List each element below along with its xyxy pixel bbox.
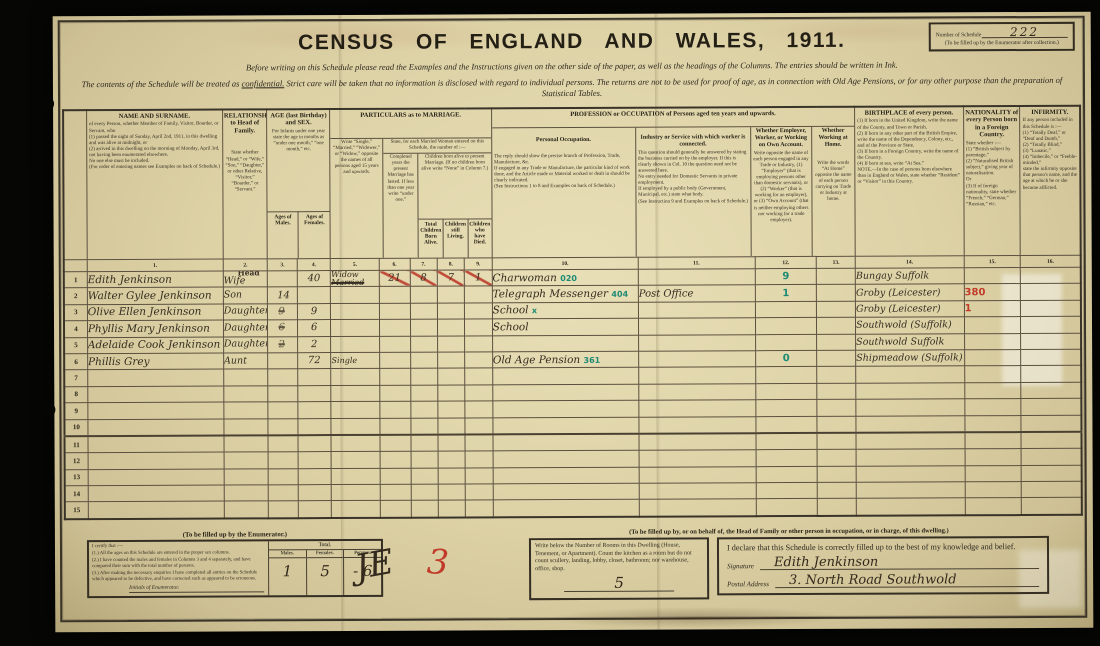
cell-nationality-mark (964, 382, 1021, 399)
row-number: 11 (64, 436, 87, 453)
cell-age-male: 2 (268, 336, 297, 353)
row-number: 6 (64, 354, 87, 370)
cell-industry (638, 334, 755, 351)
header-profession: PROFESSION or OCCUPATION of Persons aged… (491, 107, 855, 258)
cell-employer-mark (756, 483, 818, 500)
cell-nationality-mark (964, 317, 1021, 334)
header-employer-desc: Write opposite the name of each person e… (751, 150, 811, 225)
row-number: 2 (64, 288, 87, 304)
census-table-body: 1 Edith Jenkinson HeadWife 40 WidowMarri… (64, 267, 1082, 519)
cell-children-born (410, 385, 437, 402)
cell-occupation: School x (492, 302, 638, 319)
cell-age-female (298, 369, 332, 386)
cell-nationality-mark (965, 498, 1022, 515)
cell-children-born (411, 451, 438, 468)
cell-relationship: Aunt (223, 353, 268, 370)
cell-relationship (224, 402, 269, 419)
cell-at-home (817, 416, 856, 433)
cell-age-male (268, 402, 297, 419)
cell-age-female (298, 385, 332, 402)
relationship-value: Aunt (224, 355, 247, 366)
cell-relationship (224, 501, 269, 518)
cell-birthplace: Bungay Suffolk (855, 268, 964, 285)
header-children-born: Total Children Born Alive. (419, 219, 444, 258)
cell-marriage (331, 385, 380, 402)
cell-children-living (438, 385, 465, 402)
cell-children-died (466, 484, 493, 501)
cell-at-home (817, 285, 856, 302)
cell-age-female: 6 (297, 320, 331, 337)
census-table-wrap: NAME AND SURNAME. of every Person, wheth… (62, 105, 1083, 520)
cell-children-died (465, 352, 492, 369)
cell-at-home (817, 383, 856, 400)
cell-occupation: Telegraph Messenger 404 (492, 286, 638, 303)
cell-employer-mark: 1 (755, 285, 817, 302)
colnum: 5. (331, 258, 380, 270)
cell-nationality-mark (964, 349, 1021, 366)
certify-intro: I certify that :— (92, 543, 265, 550)
census-table: NAME AND SURNAME. of every Person, wheth… (62, 105, 1083, 520)
cell-nationality-mark (964, 366, 1021, 383)
header-children-living: Children still Living. (444, 218, 469, 257)
cell-infirmity (1022, 449, 1082, 466)
cell-age-male (269, 452, 298, 469)
colnum: 11. (638, 257, 755, 270)
cell-relationship (224, 435, 269, 452)
cell-children-living (437, 286, 464, 303)
cell-name (88, 369, 224, 386)
header-children-died: Children who have Died. (468, 218, 491, 257)
cell-employer-mark (756, 466, 818, 483)
cell-children-born (411, 484, 438, 501)
instruction2-confidential: confidential. (242, 78, 285, 88)
cell-nationality-mark (965, 415, 1022, 432)
cell-industry: Post Office (638, 285, 755, 302)
cell-employer-mark (755, 383, 817, 400)
cell-employer-mark (755, 301, 817, 318)
cell-employer-mark (756, 499, 818, 516)
cell-age-male: 6 (268, 320, 297, 337)
cell-marriage: WidowMarried (331, 270, 380, 287)
row-number: 1 (64, 272, 87, 288)
cell-name (88, 435, 224, 452)
cell-age-male (269, 501, 298, 518)
cell-employer-mark (755, 367, 817, 384)
cell-age-male: 14 (268, 287, 297, 304)
cell-children-born: 8 (410, 270, 437, 287)
header-marriage-years: Completed years the present Marriage has… (384, 154, 419, 258)
cell-age-male (268, 385, 297, 402)
cell-children-living (438, 434, 465, 451)
cell-children-died (465, 303, 492, 320)
cell-industry (639, 433, 756, 450)
cell-nationality-mark (964, 268, 1021, 285)
cell-years-married (380, 435, 411, 452)
cell-industry (638, 301, 755, 318)
header-age-females: Ages of Females. (299, 211, 330, 258)
cell-children-died (465, 368, 492, 385)
cell-children-died (465, 417, 492, 434)
cell-children-died (465, 385, 492, 402)
header-rownum (63, 110, 87, 260)
row-number: 15 (65, 502, 88, 519)
cell-relationship: Daughter (223, 320, 268, 337)
header-relationship-desc: State whether “Head,” or “Wife,” “Son,” … (223, 150, 267, 195)
header-name-title: NAME AND SURNAME. (87, 111, 222, 122)
cell-employer-mark: 9 (755, 268, 817, 285)
cell-employer-mark (756, 450, 818, 467)
header-marriage-title: PARTICULARS as to MARRIAGE. (330, 109, 490, 120)
cell-name (88, 419, 224, 436)
header-marriage: PARTICULARS as to MARRIAGE. Write “Singl… (330, 108, 492, 258)
cell-age-female (298, 418, 332, 435)
cell-age-male (268, 353, 297, 370)
colnum: 8. (437, 258, 464, 270)
header-occupation-desc: The reply should show the precise branch… (492, 153, 635, 192)
cell-years-married: 21 (379, 270, 410, 287)
instruction2-post: Strict care will be taken that no inform… (284, 75, 1062, 98)
cell-infirmity (1021, 415, 1081, 432)
header-name: NAME AND SURNAME. of every Person, wheth… (86, 110, 223, 260)
cell-children-died: 1 (465, 270, 492, 287)
cell-children-born (410, 352, 437, 369)
cell-children-born (411, 434, 438, 451)
page-title: CENSUS OF ENGLAND AND WALES, 1911. (53, 28, 1091, 57)
cell-age-female: 9 (297, 303, 331, 320)
cell-children-living (438, 484, 465, 501)
cell-at-home (818, 450, 857, 467)
cell-relationship (224, 469, 269, 486)
cell-occupation (493, 451, 639, 468)
enumerator-initials-handwriting: JE (351, 542, 396, 588)
cell-relationship (224, 452, 269, 469)
cell-at-home (817, 317, 856, 334)
total-females-value: 5 (307, 558, 345, 595)
cell-employer-mark: 0 (755, 350, 817, 367)
cell-age-female (298, 435, 332, 452)
occupation-code: 404 (611, 290, 628, 299)
cell-name (88, 501, 224, 518)
header-athome-desc: Write the words “At Home” opposite the n… (812, 159, 855, 204)
header-athome-title: Whether Working at Home. (812, 127, 854, 150)
colnum-blank (64, 260, 87, 272)
cell-children-born (410, 418, 437, 435)
cell-name: Adelaide Cook Jenkinson (87, 337, 223, 354)
cell-occupation (493, 467, 639, 484)
cell-occupation: Old Age Pension 361 (492, 351, 638, 368)
relationship-value: Daughter (224, 339, 268, 350)
cell-age-female (297, 287, 331, 304)
cell-marriage (331, 401, 380, 418)
cell-employer-mark (755, 318, 817, 335)
cell-infirmity (1021, 366, 1081, 383)
header-birthplace-desc: (1) If born in the United Kingdom, write… (855, 118, 963, 187)
head-of-family-section: (To be filled up by, or on behalf of, th… (529, 527, 1049, 600)
row-number: 13 (65, 469, 88, 485)
header-employer-title: Whether Employer, Worker, or Working on … (751, 127, 811, 150)
relationship-value: Son (224, 290, 242, 301)
cell-relationship (224, 386, 269, 403)
cell-occupation: Charwoman 020 (492, 269, 638, 286)
cell-occupation (492, 335, 638, 352)
header-nationality-desc: State whether :— (1) “British subject by… (964, 140, 1020, 209)
cell-industry (639, 450, 756, 467)
colnum: 12. (755, 256, 817, 268)
census-schedule-scan: Number of Schedule 222 (To be filled up … (53, 12, 1094, 633)
cell-nationality-mark (964, 333, 1021, 350)
certify-item-2: (2.) I have counted the males and female… (92, 557, 265, 570)
relationship-value: Wife (224, 276, 246, 287)
cell-years-married (380, 336, 411, 353)
certify-item-1: (1.) All the ages on this Schedule are e… (92, 550, 265, 557)
header-infirmity-desc: If any person included in this Schedule … (1021, 117, 1080, 192)
cell-marriage (332, 484, 381, 501)
marriage-value: Single (332, 356, 380, 364)
cell-industry (638, 318, 755, 335)
occupation-value: Telegraph Messenger (493, 288, 609, 301)
cell-birthplace (856, 498, 965, 515)
header-nationality: NATIONALITY of every Person born in a Fo… (963, 106, 1020, 256)
cell-nationality-mark: 380 (964, 284, 1021, 301)
cell-birthplace: Groby (Leicester) (855, 301, 964, 318)
cell-relationship: Daughter (223, 336, 268, 353)
cell-infirmity (1021, 432, 1081, 449)
cell-name: Walter Gylee Jenkinson (87, 287, 223, 304)
cell-marriage (332, 468, 381, 485)
header-profession-title: PROFESSION or OCCUPATION of Persons aged… (492, 108, 854, 120)
cell-name: Phyllis Mary Jenkinson (87, 320, 223, 337)
cell-age-female (298, 501, 332, 518)
cell-marriage (331, 287, 380, 304)
cell-age-female (298, 452, 332, 469)
row-number: 7 (64, 370, 87, 386)
instruction-line-1: Before writing on this Schedule please r… (93, 59, 1051, 73)
header-industry-title: Industry or Service with which worker is… (636, 133, 750, 149)
cell-nationality-mark (965, 449, 1022, 466)
punch-hole-top (39, 96, 54, 111)
cell-marriage (331, 320, 380, 337)
colnum: 9. (465, 258, 492, 270)
cell-age-male (268, 369, 297, 386)
cell-name (88, 452, 224, 469)
cell-birthplace (856, 432, 965, 449)
cell-industry (639, 499, 756, 516)
occupation-value: Old Age Pension (493, 354, 580, 366)
age-male-struck: 2 (279, 339, 285, 350)
cell-marriage (331, 336, 380, 353)
cell-birthplace: Shipmeadow (Suffolk) (856, 350, 965, 367)
cell-at-home (817, 433, 856, 450)
cell-nationality-mark (965, 465, 1022, 482)
cell-children-died (465, 468, 492, 485)
cell-age-female (298, 485, 332, 502)
cell-at-home (818, 482, 857, 499)
cell-occupation (493, 500, 639, 518)
cell-at-home (817, 350, 856, 367)
instruction-line-2: The contents of the Schedule will be tre… (67, 75, 1077, 102)
cell-name (88, 402, 224, 419)
cell-children-born (410, 368, 437, 385)
punch-hole-bottom (40, 402, 55, 417)
row-number: 10 (64, 419, 87, 436)
cell-age-female: 72 (298, 353, 332, 370)
cell-marriage (331, 418, 380, 435)
relationship-value: Daughter (224, 322, 268, 333)
declaration-box: I declare that this Schedule is correctl… (717, 536, 1049, 595)
cell-infirmity (1021, 333, 1081, 350)
cell-birthplace: Southwold (Suffolk) (856, 317, 965, 334)
cell-infirmity (1021, 382, 1081, 399)
cell-children-born (410, 286, 437, 303)
cell-age-male (268, 271, 297, 288)
cell-infirmity (1022, 465, 1082, 482)
signature-value: Edith Jenkinson (760, 555, 1039, 570)
total-males-value: 1 (269, 558, 307, 595)
cell-birthplace (856, 383, 965, 400)
cell-name (88, 386, 224, 403)
cell-children-living (437, 336, 464, 353)
rooms-value: 5 (564, 576, 674, 592)
cell-occupation (493, 417, 639, 435)
shadow-stain (555, 607, 835, 628)
initials-label: Initials of Enumerator. (129, 584, 264, 592)
cell-marriage (332, 501, 381, 518)
certify-item-3: (3.) After making the necessary enquirie… (92, 570, 265, 583)
cell-years-married (380, 484, 411, 501)
cell-children-born (410, 336, 437, 353)
cell-age-male: 9 (268, 303, 297, 320)
enumerator-certification: I certify that :— (1.) All the ages on t… (89, 541, 268, 596)
cell-children-living: 7 (437, 270, 464, 287)
cell-infirmity (1021, 267, 1081, 284)
cell-years-married (380, 418, 411, 435)
occupation-value: School (493, 321, 529, 333)
cell-birthplace (856, 465, 965, 482)
cell-birthplace: Groby (Leicester) (855, 284, 964, 301)
row-number: 4 (64, 321, 87, 337)
cell-infirmity (1021, 316, 1081, 333)
cell-children-living (438, 451, 465, 468)
cell-children-living (438, 352, 465, 369)
cell-at-home (817, 268, 856, 285)
cell-occupation: School (492, 318, 638, 335)
cell-children-living (437, 303, 464, 320)
cell-children-living (438, 468, 465, 485)
cell-employer-mark (755, 334, 817, 351)
head-section-title: (To be filled up by, or on behalf of, th… (529, 527, 1049, 536)
cell-birthplace (856, 449, 965, 466)
colnum: 10. (492, 257, 638, 270)
occupation-code: 361 (583, 356, 600, 365)
enumerator-box: I certify that :— (1.) All the ages on t… (87, 539, 383, 598)
cell-industry (639, 416, 756, 433)
cell-age-male (268, 418, 297, 435)
cell-infirmity (1022, 498, 1082, 515)
header-age-males: Ages of Males. (268, 211, 299, 258)
row-number: 12 (65, 453, 88, 469)
cell-children-born (410, 303, 437, 320)
header-nationality-title: NATIONALITY of every Person born in a Fo… (964, 107, 1020, 140)
header-relationship-title: RELATIONSHIP to Head of Family. (223, 110, 267, 136)
cell-marriage (331, 452, 380, 469)
table-row: 15 (65, 498, 1082, 519)
cell-relationship: Daughter (223, 304, 268, 321)
cell-years-married (380, 468, 411, 485)
cell-relationship: HeadWife (223, 271, 268, 288)
header-age: AGE (last Birthday) and SEX. For Infants… (267, 109, 331, 259)
instruction2-pre: The contents of the Schedule will be tre… (82, 78, 242, 89)
cell-infirmity (1021, 300, 1081, 317)
cell-years-married (379, 303, 410, 320)
header-birthplace-title: BIRTHPLACE of every person. (855, 107, 963, 118)
cell-name: Olive Ellen Jenkinson (87, 304, 223, 321)
enumerator-section: (To be filled up by the Enumerator.) I c… (87, 531, 383, 598)
cell-children-died (465, 434, 492, 451)
cell-years-married (380, 401, 411, 418)
cell-age-female (298, 402, 332, 419)
cell-birthplace (856, 415, 965, 432)
cell-marriage: Single (331, 352, 380, 369)
cell-years-married (379, 287, 410, 304)
colnum: 16. (1021, 255, 1081, 267)
cell-name: Phillis Grey (87, 353, 223, 370)
colnum: 14. (855, 256, 964, 268)
header-name-desc: of every Person, whether Member of Famil… (87, 121, 222, 172)
colnum: 7. (410, 258, 437, 270)
cell-children-born (411, 468, 438, 485)
cell-industry (639, 367, 756, 384)
enumerator-section-title: (To be filled up by the Enumerator.) (87, 531, 383, 539)
cell-at-home (818, 466, 857, 483)
cell-nationality-mark (965, 482, 1022, 499)
cell-birthplace (856, 399, 965, 416)
postal-address-value: 3. North Road Southwold (775, 573, 1039, 588)
header-relationship: RELATIONSHIP to Head of Family. State wh… (222, 109, 267, 259)
header-marriage-woman: State, for each Married Woman entered on… (384, 138, 491, 153)
cell-age-male (268, 435, 297, 452)
occupation-value: School (493, 305, 529, 317)
cell-occupation (493, 483, 639, 500)
rooms-instruction: Write below the Number of Rooms in this … (535, 543, 692, 572)
cell-children-died (466, 500, 493, 517)
cell-age-male (269, 468, 298, 485)
colnum: 13. (817, 256, 856, 268)
row-number: 3 (64, 304, 87, 320)
colnum: 4. (297, 259, 331, 271)
red-pencil-mark: 3 (426, 542, 450, 583)
row-number: 14 (65, 486, 88, 502)
colnum: 3. (268, 259, 297, 271)
cell-marriage (331, 435, 380, 452)
cell-name (88, 469, 224, 486)
colnum: 15. (964, 256, 1021, 268)
cell-years-married (380, 452, 411, 469)
cell-employer-mark (756, 433, 818, 450)
cell-age-female: 2 (297, 336, 331, 353)
cell-marriage (331, 369, 380, 386)
occupation-code: x (532, 307, 537, 316)
cell-occupation (493, 434, 639, 452)
cell-birthplace: Southwold Suffolk (856, 333, 965, 350)
cell-industry (639, 383, 756, 400)
header-marriage-write: Write “Single,” “Married,” “Widower,” or… (331, 139, 385, 258)
cell-years-married (380, 319, 411, 336)
cell-years-married (380, 352, 411, 369)
header-children-group: Children born alive to present Marriage.… (419, 154, 491, 175)
colnum: 1. (87, 259, 223, 272)
cell-children-living (438, 401, 465, 418)
cell-industry (639, 466, 756, 483)
